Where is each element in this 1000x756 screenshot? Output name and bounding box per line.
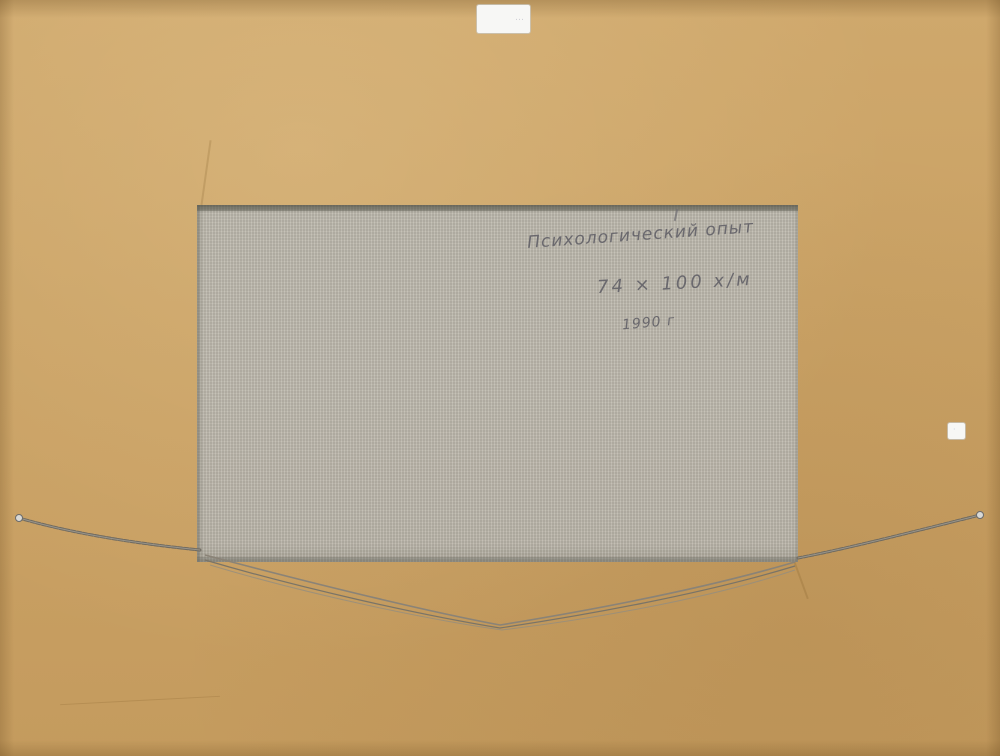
right-sticker-label: · — [948, 423, 965, 439]
canvas-window: Психологический опыт 74 × 100 х/м 1990 г — [197, 205, 798, 562]
inscription-year: 1990 г — [621, 313, 676, 334]
paper-bottom-edge — [0, 740, 1000, 756]
paper-crease — [200, 140, 211, 206]
painting-back-photo: … · Психологический опыт 74 × 100 х/м 19… — [0, 0, 1000, 756]
canvas-bottom-edge — [197, 557, 798, 562]
paper-crease — [793, 561, 809, 599]
paper-left-edge — [0, 0, 14, 756]
top-sticker-label: … — [477, 5, 530, 33]
right-sticker-text: · — [953, 425, 956, 434]
paper-crease — [60, 696, 220, 705]
inscription-dimensions: 74 × 100 х/м — [597, 269, 754, 298]
paper-right-edge — [986, 0, 1000, 756]
inscription-title: Психологический опыт — [527, 217, 755, 253]
canvas-top-edge — [197, 205, 798, 211]
top-sticker-text: … — [515, 13, 524, 23]
